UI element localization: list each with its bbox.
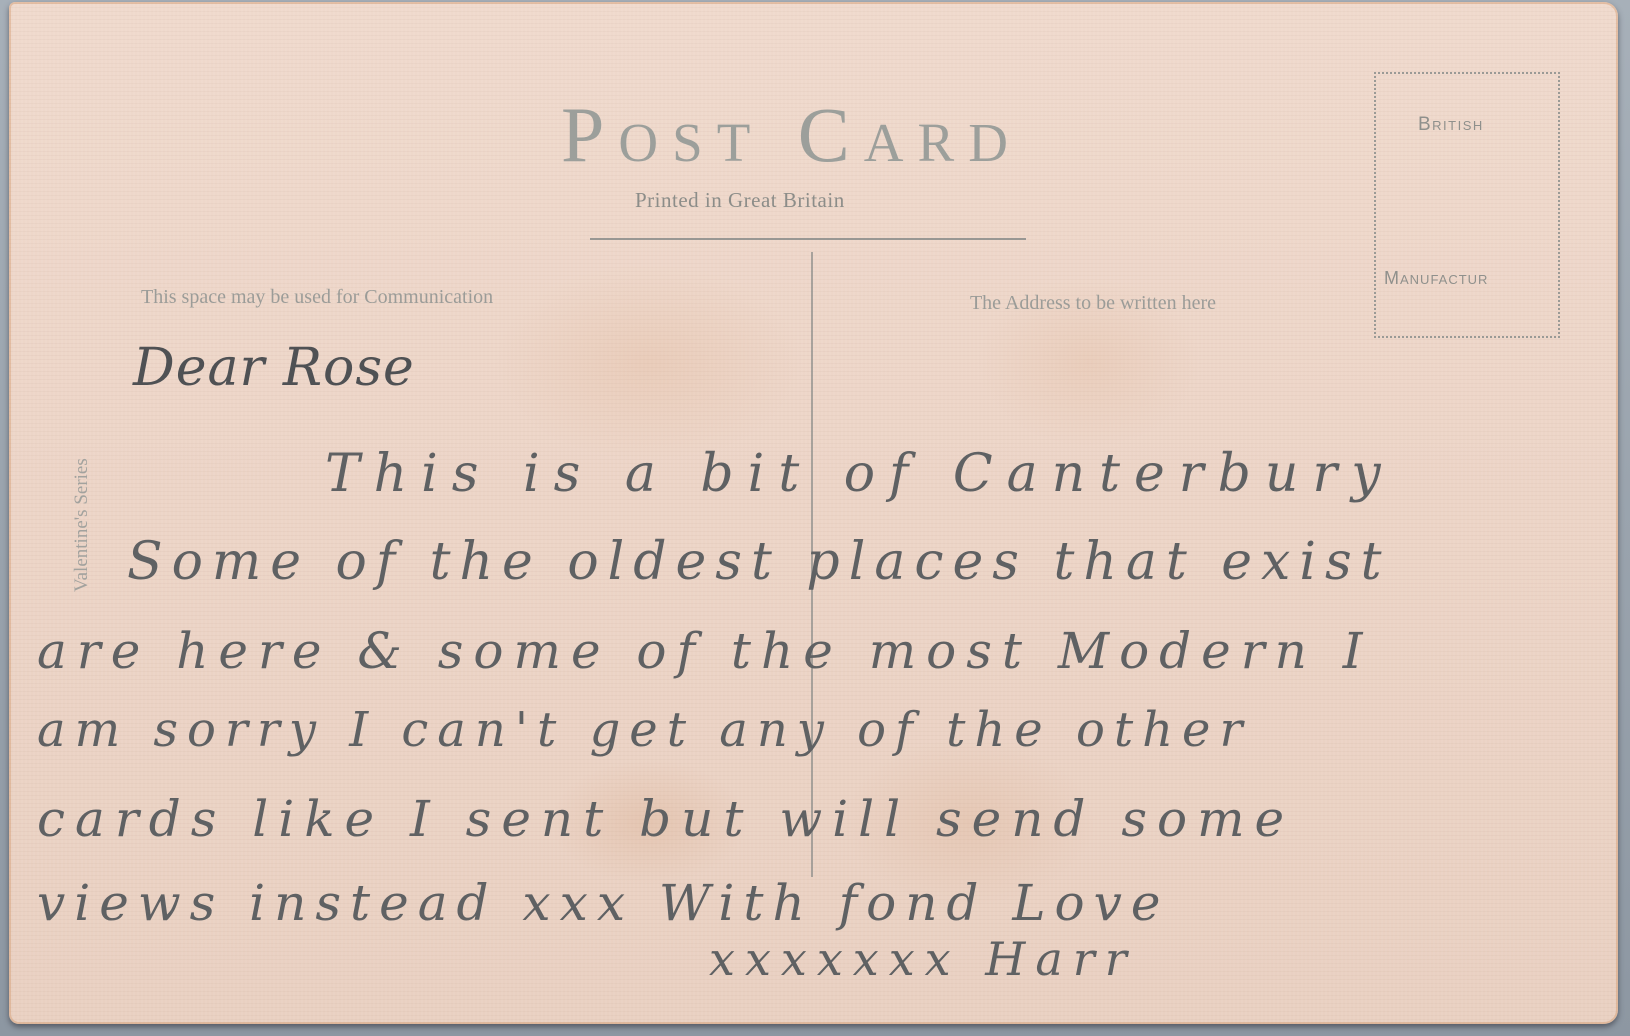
message-line: This is a bit of Canterbury	[325, 444, 1395, 504]
address-label: The Address to be written here	[928, 288, 1258, 318]
postcard: Post Card Printed in Great Britain This …	[9, 2, 1618, 1024]
message-salutation: Dear Rose	[133, 338, 415, 398]
series-imprint: Valentine's Series	[71, 458, 93, 592]
stamp-box-bottom-text: Manufactur	[1384, 268, 1488, 289]
postcard-title: Post Card	[561, 90, 1022, 180]
stamp-box-top-text: British	[1418, 114, 1484, 136]
message-line: cards like I sent but will send some	[37, 790, 1294, 848]
message-line: are here & some of the most Modern I	[37, 622, 1373, 680]
scan-background: Post Card Printed in Great Britain This …	[0, 0, 1630, 1036]
title-underline	[590, 238, 1026, 240]
communication-label: This space may be used for Communication	[141, 286, 493, 309]
message-line: am sorry I can't get any of the other	[37, 702, 1251, 758]
message-closing: views instead xxx With fond Love	[37, 874, 1169, 932]
printed-in-label: Printed in Great Britain	[635, 188, 845, 213]
message-signature: xxxxxxx Harr	[709, 932, 1137, 986]
stamp-box: British Manufactur	[1374, 72, 1560, 338]
message-line: Some of the oldest places that exist	[127, 532, 1391, 592]
